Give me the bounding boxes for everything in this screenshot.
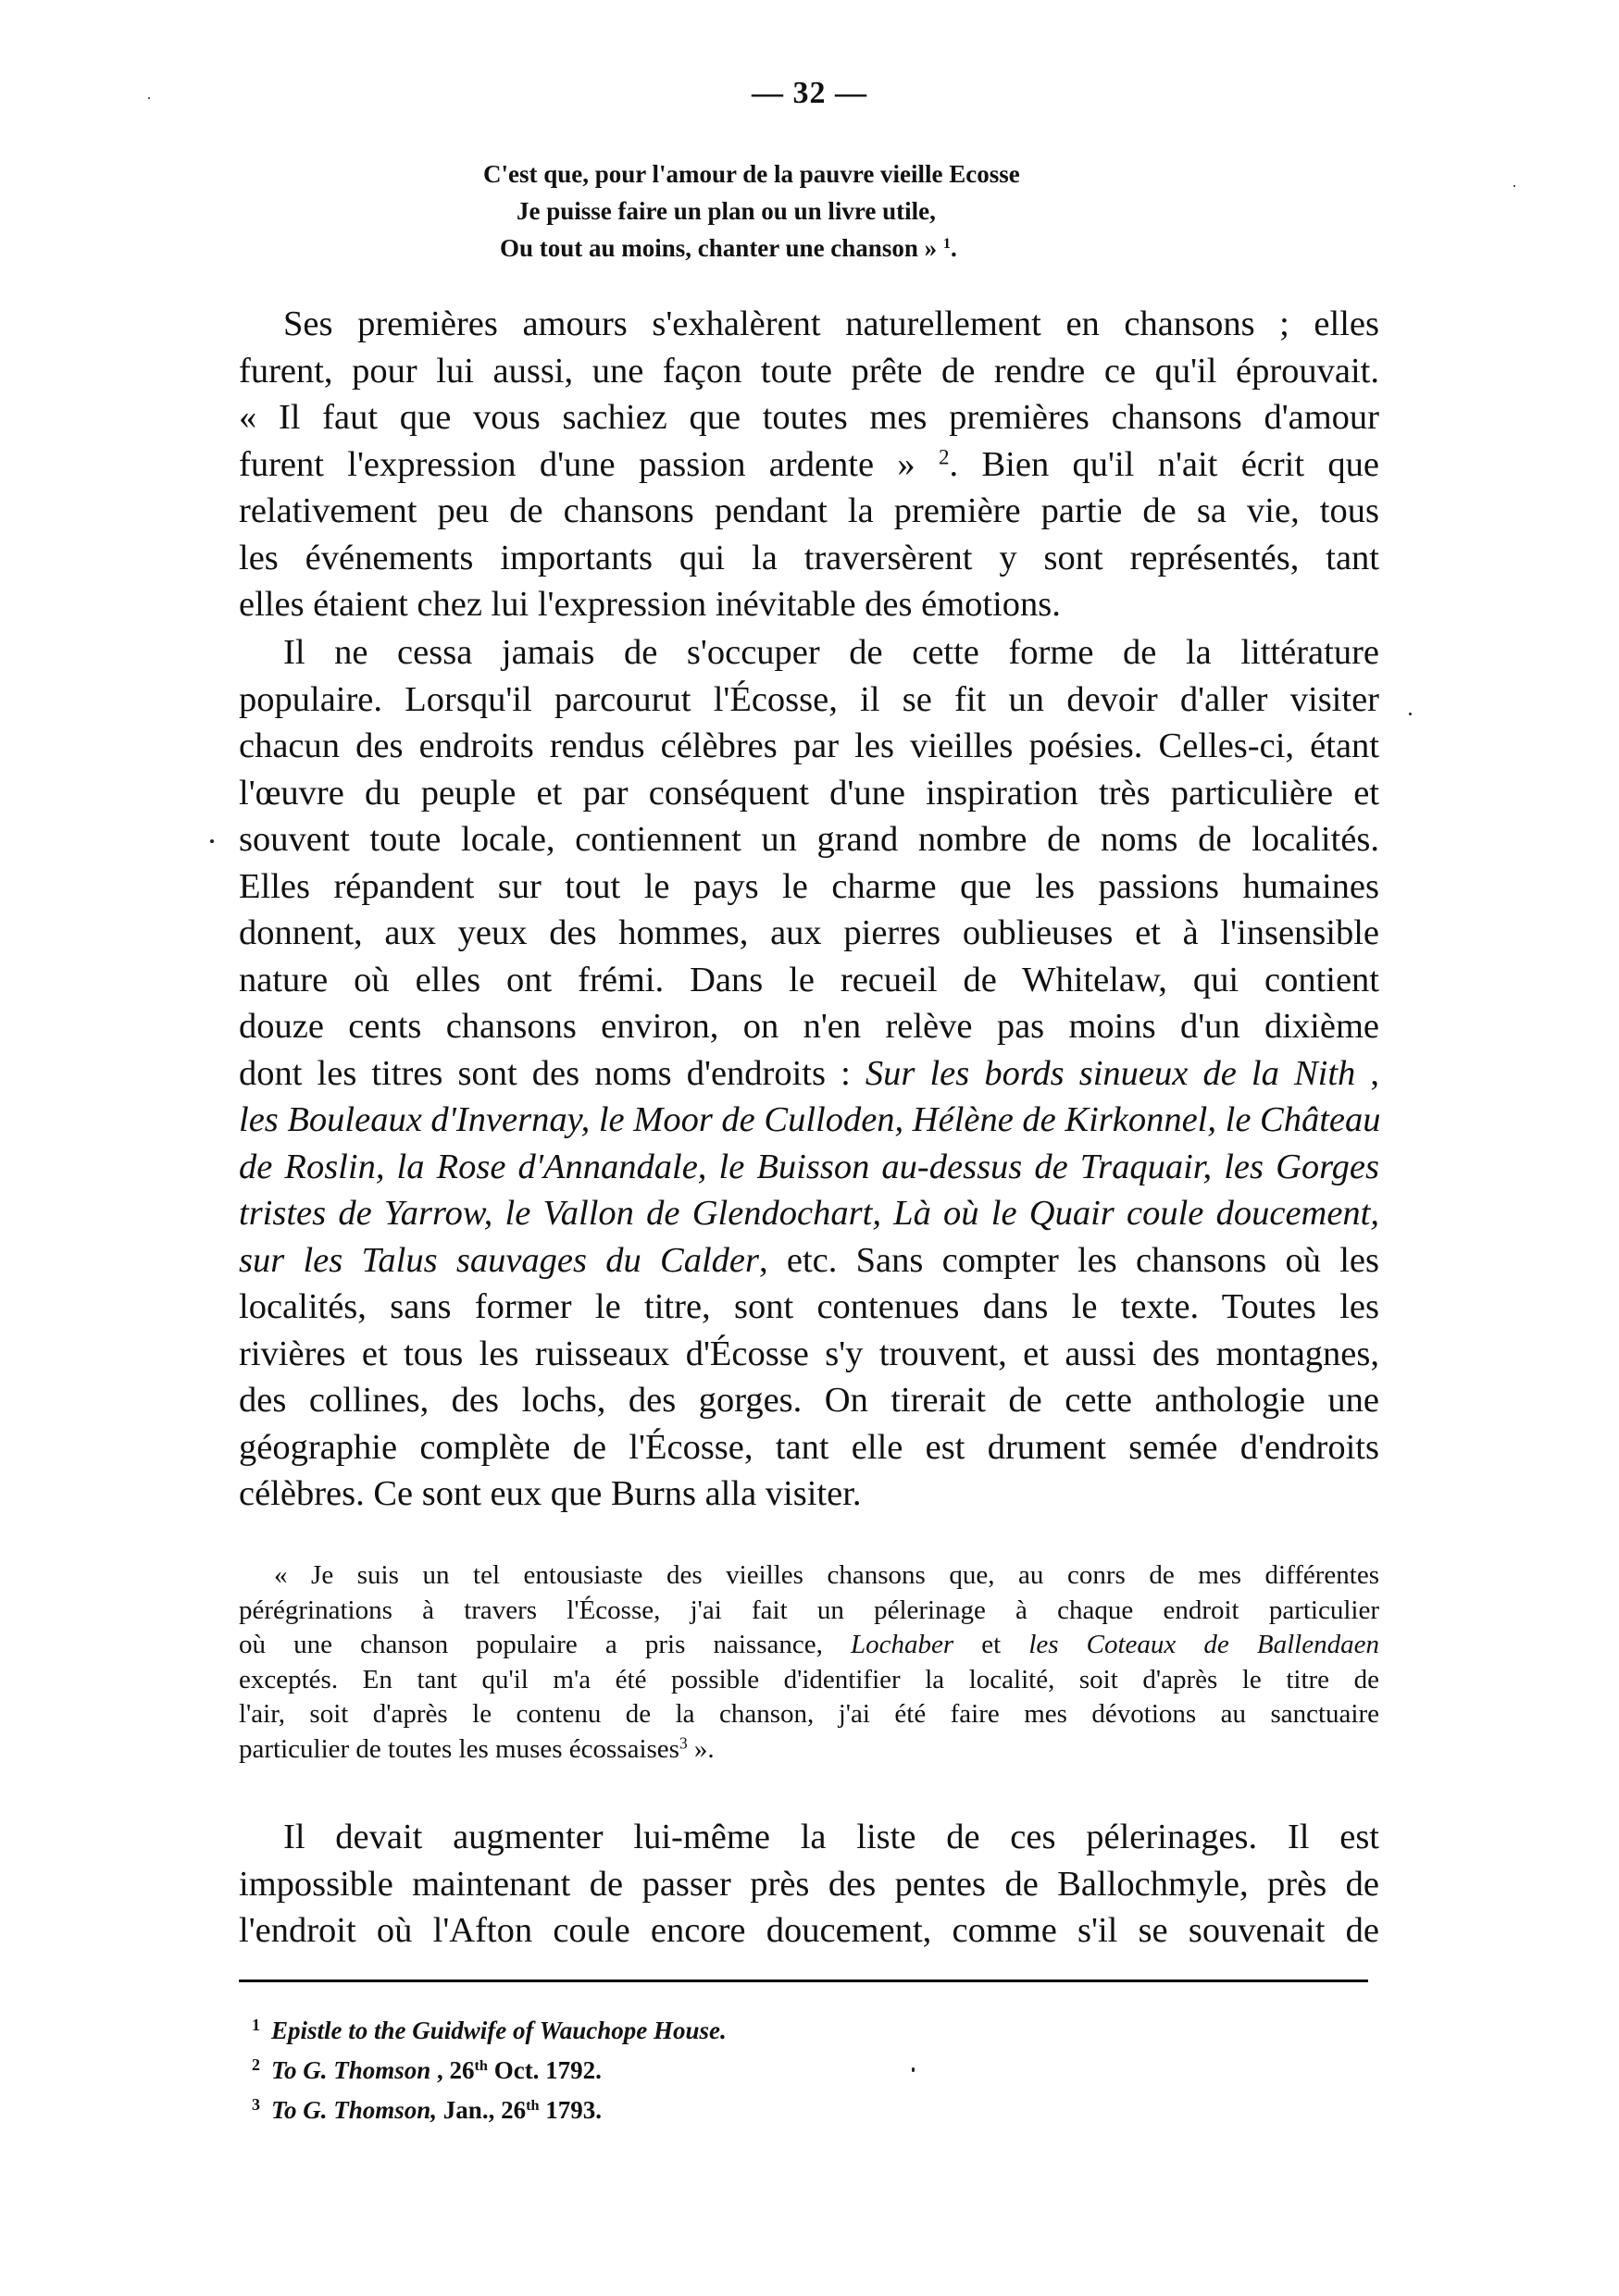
scan-speck <box>912 2067 915 2072</box>
text-span: , etc. Sans compter les chansons où les <box>759 1241 1379 1280</box>
verse-line: Ou tout au moins, chanter une chanson » … <box>463 230 1231 267</box>
text-line: localités, sans former le titre, sont co… <box>239 1284 1379 1331</box>
quote-line: pérégrinations à travers l'Écosse, j'ai … <box>239 1594 1379 1629</box>
song-title: sur les Talus sauvages du Calder <box>239 1241 759 1280</box>
quote-line: où une chanson populaire a pris naissanc… <box>239 1628 1379 1663</box>
footnote-ref[interactable]: 3 <box>679 1733 688 1752</box>
book-page: — 32 — C'est que, pour l'amour de la pau… <box>0 0 1619 2296</box>
text-line: rivières et tous les ruisseaux d'Écosse … <box>239 1331 1379 1378</box>
text-line: douze cents chansons environ, on n'en re… <box>239 1003 1379 1050</box>
quote-line: particulier de toutes les muses écossais… <box>239 1732 1379 1768</box>
text-line: l'endroit où l'Afton coule encore doucem… <box>239 1907 1379 1955</box>
footnote-source: To G. Thomson, <box>271 2096 437 2124</box>
text-line: dont les titres sont des noms d'endroits… <box>239 1050 1379 1098</box>
verse-line: Je puisse faire un plan ou un livre util… <box>463 192 1231 230</box>
page-number: — 32 — <box>0 76 1619 111</box>
scan-speck <box>210 839 214 843</box>
text-line: les événements importants qui la travers… <box>239 535 1379 582</box>
paragraph-1: Ses premières amours s'exhalèrent nature… <box>239 301 1379 628</box>
text-span: ». <box>688 1734 715 1764</box>
text-line: impossible maintenant de passer près des… <box>239 1861 1379 1908</box>
ordinal-suffix: th <box>475 2057 488 2074</box>
scan-speck <box>1513 185 1515 187</box>
footnote-date: , 26 <box>430 2056 474 2084</box>
song-titles: tristes de Yarrow, le Vallon de Glendoch… <box>239 1194 1379 1233</box>
text-line: donnent, aux yeux des hommes, aux pierre… <box>239 910 1379 957</box>
text-line: souvent toute locale, contiennent un gra… <box>239 816 1379 863</box>
text-line: chacun des endroits rendus célèbres par … <box>239 723 1379 770</box>
text-line: populaire. Lorsqu'il parcourut l'Écosse,… <box>239 676 1379 724</box>
quote-line: l'air, soit d'après le contenu de la cha… <box>239 1697 1379 1732</box>
song-titles: les Bouleaux d'Invernay, le Moor de Cull… <box>239 1100 1381 1139</box>
text-line: elles étaient chez lui l'expression inév… <box>239 581 1379 628</box>
footnotes: 1Epistle to the Guidwife of Wauchope Hou… <box>252 2008 1085 2128</box>
footnote-separator <box>239 1980 1368 1982</box>
verse-line: C'est que, pour l'amour de la pauvre vie… <box>463 155 1231 192</box>
text-line: relativement peu de chansons pendant la … <box>239 488 1379 535</box>
text-span: . Bien qu'il n'ait écrit que <box>950 445 1379 484</box>
text-line: furent, pour lui aussi, une façon toute … <box>239 348 1379 395</box>
text-line: les Bouleaux d'Invernay, le Moor de Cull… <box>239 1097 1379 1144</box>
footnote-1: 1Epistle to the Guidwife of Wauchope Hou… <box>252 2008 1085 2048</box>
verse-line-text: Ou tout au moins, chanter une chanson » <box>500 234 937 262</box>
paragraph-3: Il devait augmenter lui-même la liste de… <box>239 1814 1379 1955</box>
text-span: où une chanson populaire a pris naissanc… <box>239 1630 851 1659</box>
footnote-ref[interactable]: 2 <box>939 444 950 468</box>
song-title: Lochaber <box>851 1630 953 1659</box>
scan-speck <box>148 97 150 99</box>
text-span: et <box>953 1630 1028 1659</box>
text-line: tristes de Yarrow, le Vallon de Glendoch… <box>239 1190 1379 1237</box>
footnote-number: 1 <box>252 2016 260 2034</box>
footnote-ref[interactable]: 1 <box>943 235 951 252</box>
footnote-source: To G. Thomson <box>271 2056 430 2084</box>
text-line: Il ne cessa jamais de s'occuper de cette… <box>239 629 1379 676</box>
block-quotation: « Je suis un tel entousiaste des vieille… <box>239 1558 1379 1767</box>
text-line: Ses premières amours s'exhalèrent nature… <box>239 301 1379 348</box>
song-title: Sur les bords sinueux de la Nith <box>866 1054 1355 1093</box>
text-line: l'œuvre du peuple et par conséquent d'un… <box>239 770 1379 817</box>
footnote-source: Epistle to the Guidwife of Wauchope Hous… <box>271 2017 727 2044</box>
footnote-2: 2To G. Thomson , 26th Oct. 1792. <box>252 2048 1085 2088</box>
song-title: les Coteaux de Ballendaen <box>1028 1630 1379 1659</box>
ordinal-suffix: th <box>526 2097 539 2114</box>
footnote-date: Jan., 26 <box>437 2096 526 2124</box>
punct: , <box>1355 1054 1379 1093</box>
text-line: géographie complète de l'Écosse, tant el… <box>239 1424 1379 1471</box>
text-line: nature où elles ont frémi. Dans le recue… <box>239 957 1379 1004</box>
text-span: furent l'expression d'une passion ardent… <box>239 445 915 484</box>
quote-line: exceptés. En tant qu'il m'a été possible… <box>239 1663 1379 1698</box>
footnote-date: 1793. <box>539 2096 602 2124</box>
text-span: dont les titres sont des noms d'endroits… <box>239 1054 866 1093</box>
footnote-date: Oct. 1792. <box>488 2056 602 2084</box>
text-line: Elles répandent sur tout le pays le char… <box>239 863 1379 911</box>
text-line: Il devait augmenter lui-même la liste de… <box>239 1814 1379 1861</box>
footnote-3: 3To G. Thomson, Jan., 26th 1793. <box>252 2088 1085 2128</box>
verse-epigraph: C'est que, pour l'amour de la pauvre vie… <box>463 155 1231 267</box>
footnote-number: 2 <box>252 2055 260 2074</box>
quote-line: « Je suis un tel entousiaste des vieille… <box>239 1558 1379 1594</box>
text-line: de Roslin, la Rose d'Annandale, le Buiss… <box>239 1144 1379 1191</box>
text-line: « Il faut que vous sachiez que toutes me… <box>239 394 1379 441</box>
punct: . <box>951 234 957 262</box>
text-line: des collines, des lochs, des gorges. On … <box>239 1377 1379 1424</box>
scan-speck <box>1409 713 1412 715</box>
text-line: célèbres. Ce sont eux que Burns alla vis… <box>239 1471 1379 1518</box>
text-line: furent l'expression d'une passion ardent… <box>239 441 1379 489</box>
text-span: particulier de toutes les muses écossais… <box>239 1734 679 1764</box>
footnote-number: 3 <box>252 2095 260 2114</box>
paragraph-2: Il ne cessa jamais de s'occuper de cette… <box>239 629 1379 1518</box>
text-line: sur les Talus sauvages du Calder, etc. S… <box>239 1237 1379 1285</box>
song-titles: de Roslin, la Rose d'Annandale, le Buiss… <box>239 1148 1379 1186</box>
